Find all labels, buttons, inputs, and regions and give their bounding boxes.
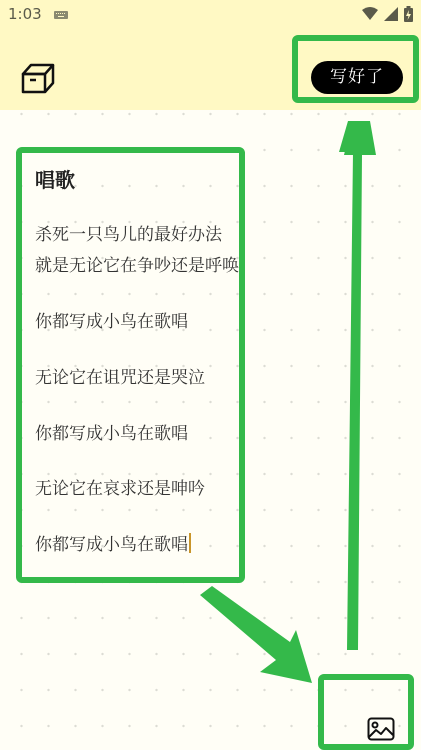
text-caret: [189, 533, 191, 553]
wifi-icon: [362, 7, 378, 21]
note-line-last[interactable]: 你都写成小鸟在歌唱: [35, 530, 191, 555]
note-line[interactable]: 无论它在诅咒还是哭泣: [35, 363, 205, 388]
note-title[interactable]: 唱歌: [35, 164, 75, 193]
signal-icon: [384, 7, 398, 21]
note-editor[interactable]: 唱歌 杀死一只鸟儿的最好办法 就是无论它在争吵还是呼唤 你都写成小鸟在歌唱 无论…: [0, 0, 240, 750]
image-icon[interactable]: [367, 717, 395, 741]
battery-charging-icon: [404, 6, 413, 22]
done-button[interactable]: 写好了: [311, 61, 403, 94]
note-line[interactable]: 你都写成小鸟在歌唱: [35, 307, 188, 332]
note-line[interactable]: 杀死一只鸟儿的最好办法: [35, 220, 222, 245]
note-line-text: 你都写成小鸟在歌唱: [35, 535, 188, 555]
note-line[interactable]: 就是无论它在争吵还是呼唤: [35, 251, 239, 276]
note-line[interactable]: 你都写成小鸟在歌唱: [35, 419, 188, 444]
note-line[interactable]: 无论它在哀求还是呻吟: [35, 474, 205, 499]
